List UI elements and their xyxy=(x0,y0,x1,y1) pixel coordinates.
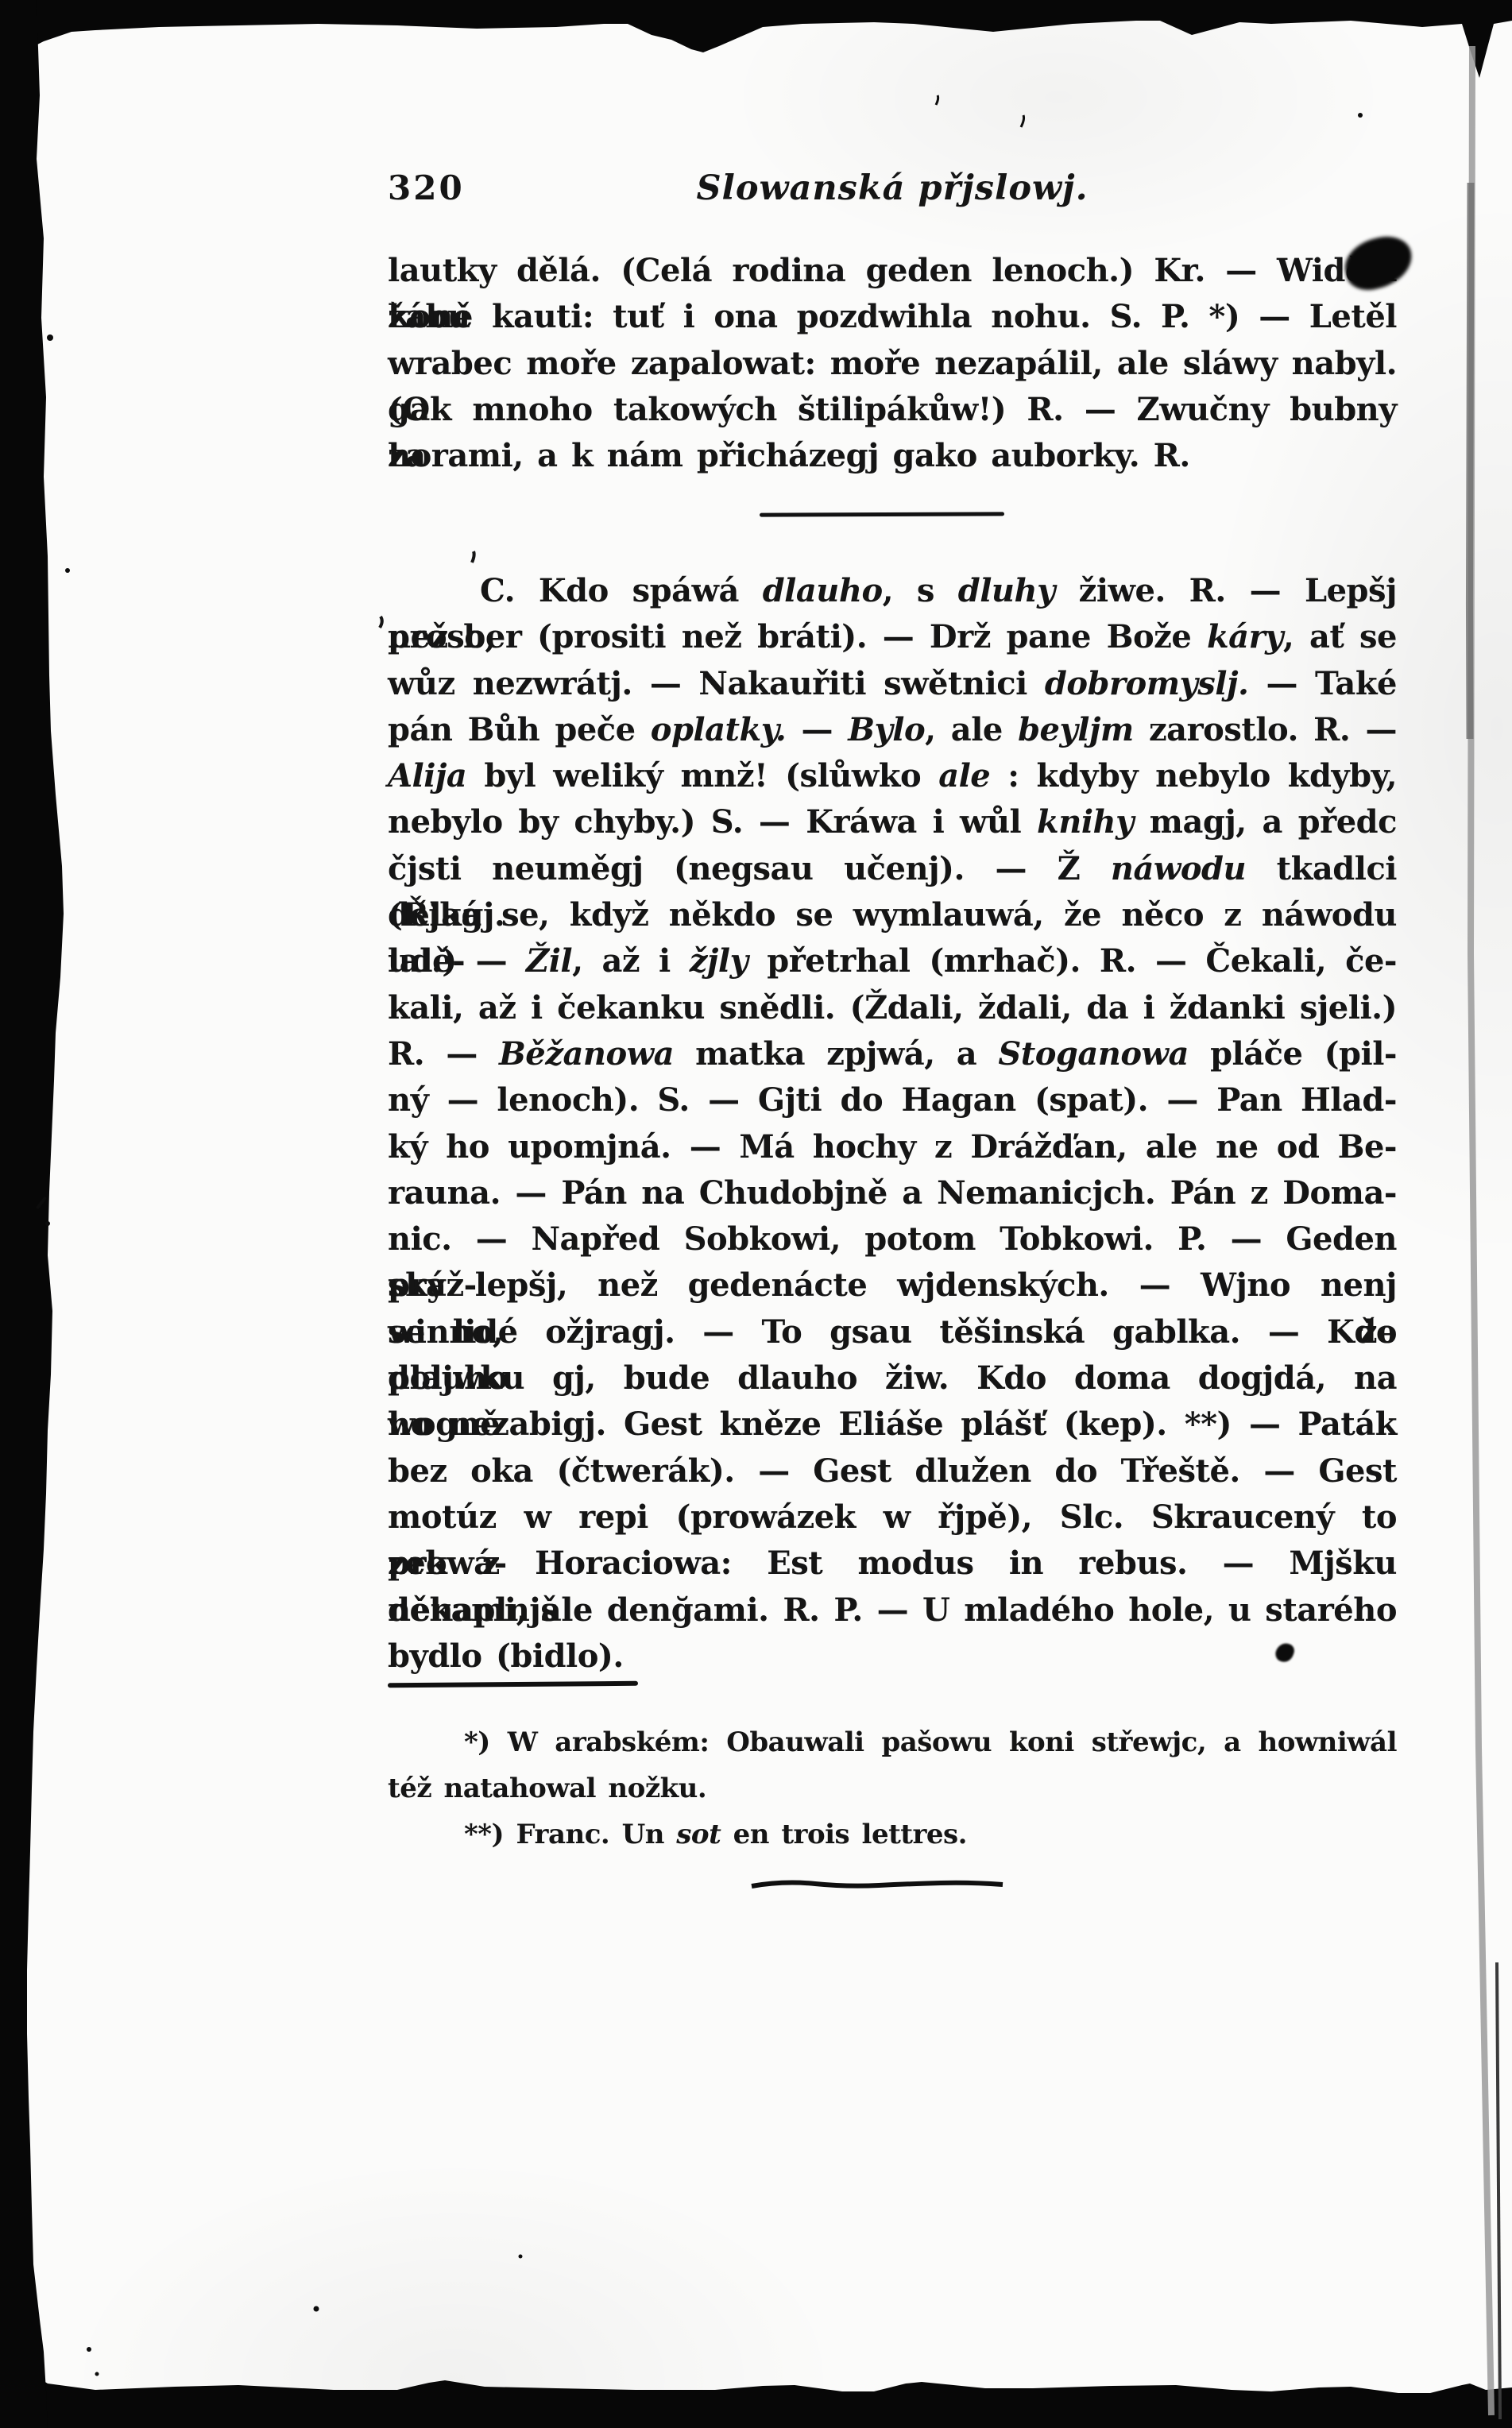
text-line: ký ho upomjná. — Má hochy z Drážďan, ale… xyxy=(388,1124,1397,1170)
text-line: čjsti neuměgj (negsau učenj). — Ž náwodu… xyxy=(388,846,1397,892)
opening-paragraph: lautky dělá. (Celá rodina geden lenoch.)… xyxy=(388,248,1397,479)
scan-right-page-edge-dark xyxy=(1469,183,1471,739)
ink-speck xyxy=(936,95,938,105)
ink-speck xyxy=(36,1197,47,1210)
page-number: 320 xyxy=(388,168,465,207)
ink-speck xyxy=(1021,115,1024,127)
scan-top-edge xyxy=(0,0,1512,78)
text-line: C. Kdo spáwá dlauho, s dluhy žiwe. R. — … xyxy=(388,568,1397,614)
text-line: nebylo by chyby.) S. — Kráwa i wůl knihy… xyxy=(388,799,1397,845)
ink-speck xyxy=(45,1221,50,1226)
text-line: poljwku gj, bude dlauho žiw. Kdo doma do… xyxy=(388,1355,1397,1402)
tick-mark xyxy=(380,617,382,628)
text-line: lautky dělá. (Celá rodina geden lenoch.)… xyxy=(388,248,1397,294)
ink-speck xyxy=(519,2255,523,2259)
text-line: Alija byl weliký mnž! (slůwko ale : kdyb… xyxy=(388,753,1397,799)
text-line: **) Franc. Un sot en trois lettres. xyxy=(388,1811,1397,1858)
scan-right-page-edge xyxy=(1470,46,1491,2415)
page-header: 320 Slowanská přjslowj. xyxy=(388,168,1397,213)
text-line: (Řjká se, když někdo se wymlauwá, že něc… xyxy=(388,892,1397,938)
text-line: gak mnoho takowých štilipákůw!) R. — Zwu… xyxy=(388,387,1397,433)
section-c-paragraph: C. Kdo spáwá dlauho, s dluhy žiwe. R. — … xyxy=(388,568,1397,1680)
scanned-book-page: 320 Slowanská přjslowj. lautky dělá. (Ce… xyxy=(0,0,1512,2428)
text-line: se lidé ožjragj. — To gsau těšinská gabl… xyxy=(388,1309,1397,1355)
ink-speck xyxy=(95,2372,99,2376)
text-line: wrabec moře zapalowat: moře nezapálil, a… xyxy=(388,341,1397,387)
text-line: ský lepšj, než gedenácte wjdenských. — W… xyxy=(388,1262,1397,1309)
text-line: bydlo (bidlo). xyxy=(388,1633,1397,1680)
ink-speck xyxy=(1358,113,1363,118)
text-line: lal.) — Žil, až i žjly přetrhal (mrhač).… xyxy=(388,938,1397,984)
text-line: motúz w repi (prowázek w řjpě), Slc. Skr… xyxy=(388,1494,1397,1541)
text-line: ný — lenoch). S. — Gjti do Hagan (spat).… xyxy=(388,1077,1397,1123)
scan-left-edge xyxy=(0,0,64,2428)
text-line: nic. — Napřed Sobkowi, potom Tobkowi. P.… xyxy=(388,1216,1397,1262)
text-line: koně kauti: tuť i ona pozdwihla nohu. S.… xyxy=(388,294,1397,340)
footnote-separator xyxy=(388,1681,638,1688)
text-line: wůz nezwrátj. — Nakauřiti swětnici dobro… xyxy=(388,661,1397,707)
text-line: zek z Horaciowa: Est modus in rebus. — M… xyxy=(388,1541,1397,1587)
text-line: než ber (prositi než bráti). — Drž pane … xyxy=(388,614,1397,660)
text-line: kali, až i čekanku snědli. (Ždali, ždali… xyxy=(388,985,1397,1031)
text-line: děkami, ale denğami. R. P. — U mladého h… xyxy=(388,1587,1397,1633)
text-line: též natahowal nožku. xyxy=(388,1765,1397,1811)
ink-speck xyxy=(87,2347,91,2352)
footnotes: *) W arabském: Obauwali pašowu koni stře… xyxy=(388,1719,1397,1858)
end-flourish xyxy=(752,1883,1003,1886)
text-line: rauna. — Pán na Chudobjně a Nemanicjch. … xyxy=(388,1170,1397,1216)
tick-mark xyxy=(472,551,474,563)
ink-speck xyxy=(65,568,70,573)
scan-right-bottom-line xyxy=(1497,1962,1500,2419)
text-line: R. — Běžanowa matka zpjwá, a Stoganowa p… xyxy=(388,1031,1397,1077)
text-line: horami, a k nám přicházegj gako auborky.… xyxy=(388,433,1397,479)
section-divider xyxy=(760,512,1004,516)
ink-speck xyxy=(314,2306,319,2312)
text-line: pán Bůh peče oplatky. — Bylo, ale beyljm… xyxy=(388,707,1397,753)
text-line: ho nezabigj. Gest kněze Eliáše plášť (ke… xyxy=(388,1402,1397,1448)
scan-bottom-edge xyxy=(0,2332,1512,2428)
running-title: Slowanská přjslowj. xyxy=(388,168,1397,208)
text-line: bez oka (čtwerák). — Gest dlužen do Třeš… xyxy=(388,1448,1397,1494)
text-line: *) W arabském: Obauwali pašowu koni stře… xyxy=(388,1719,1397,1765)
ink-speck xyxy=(47,334,53,341)
